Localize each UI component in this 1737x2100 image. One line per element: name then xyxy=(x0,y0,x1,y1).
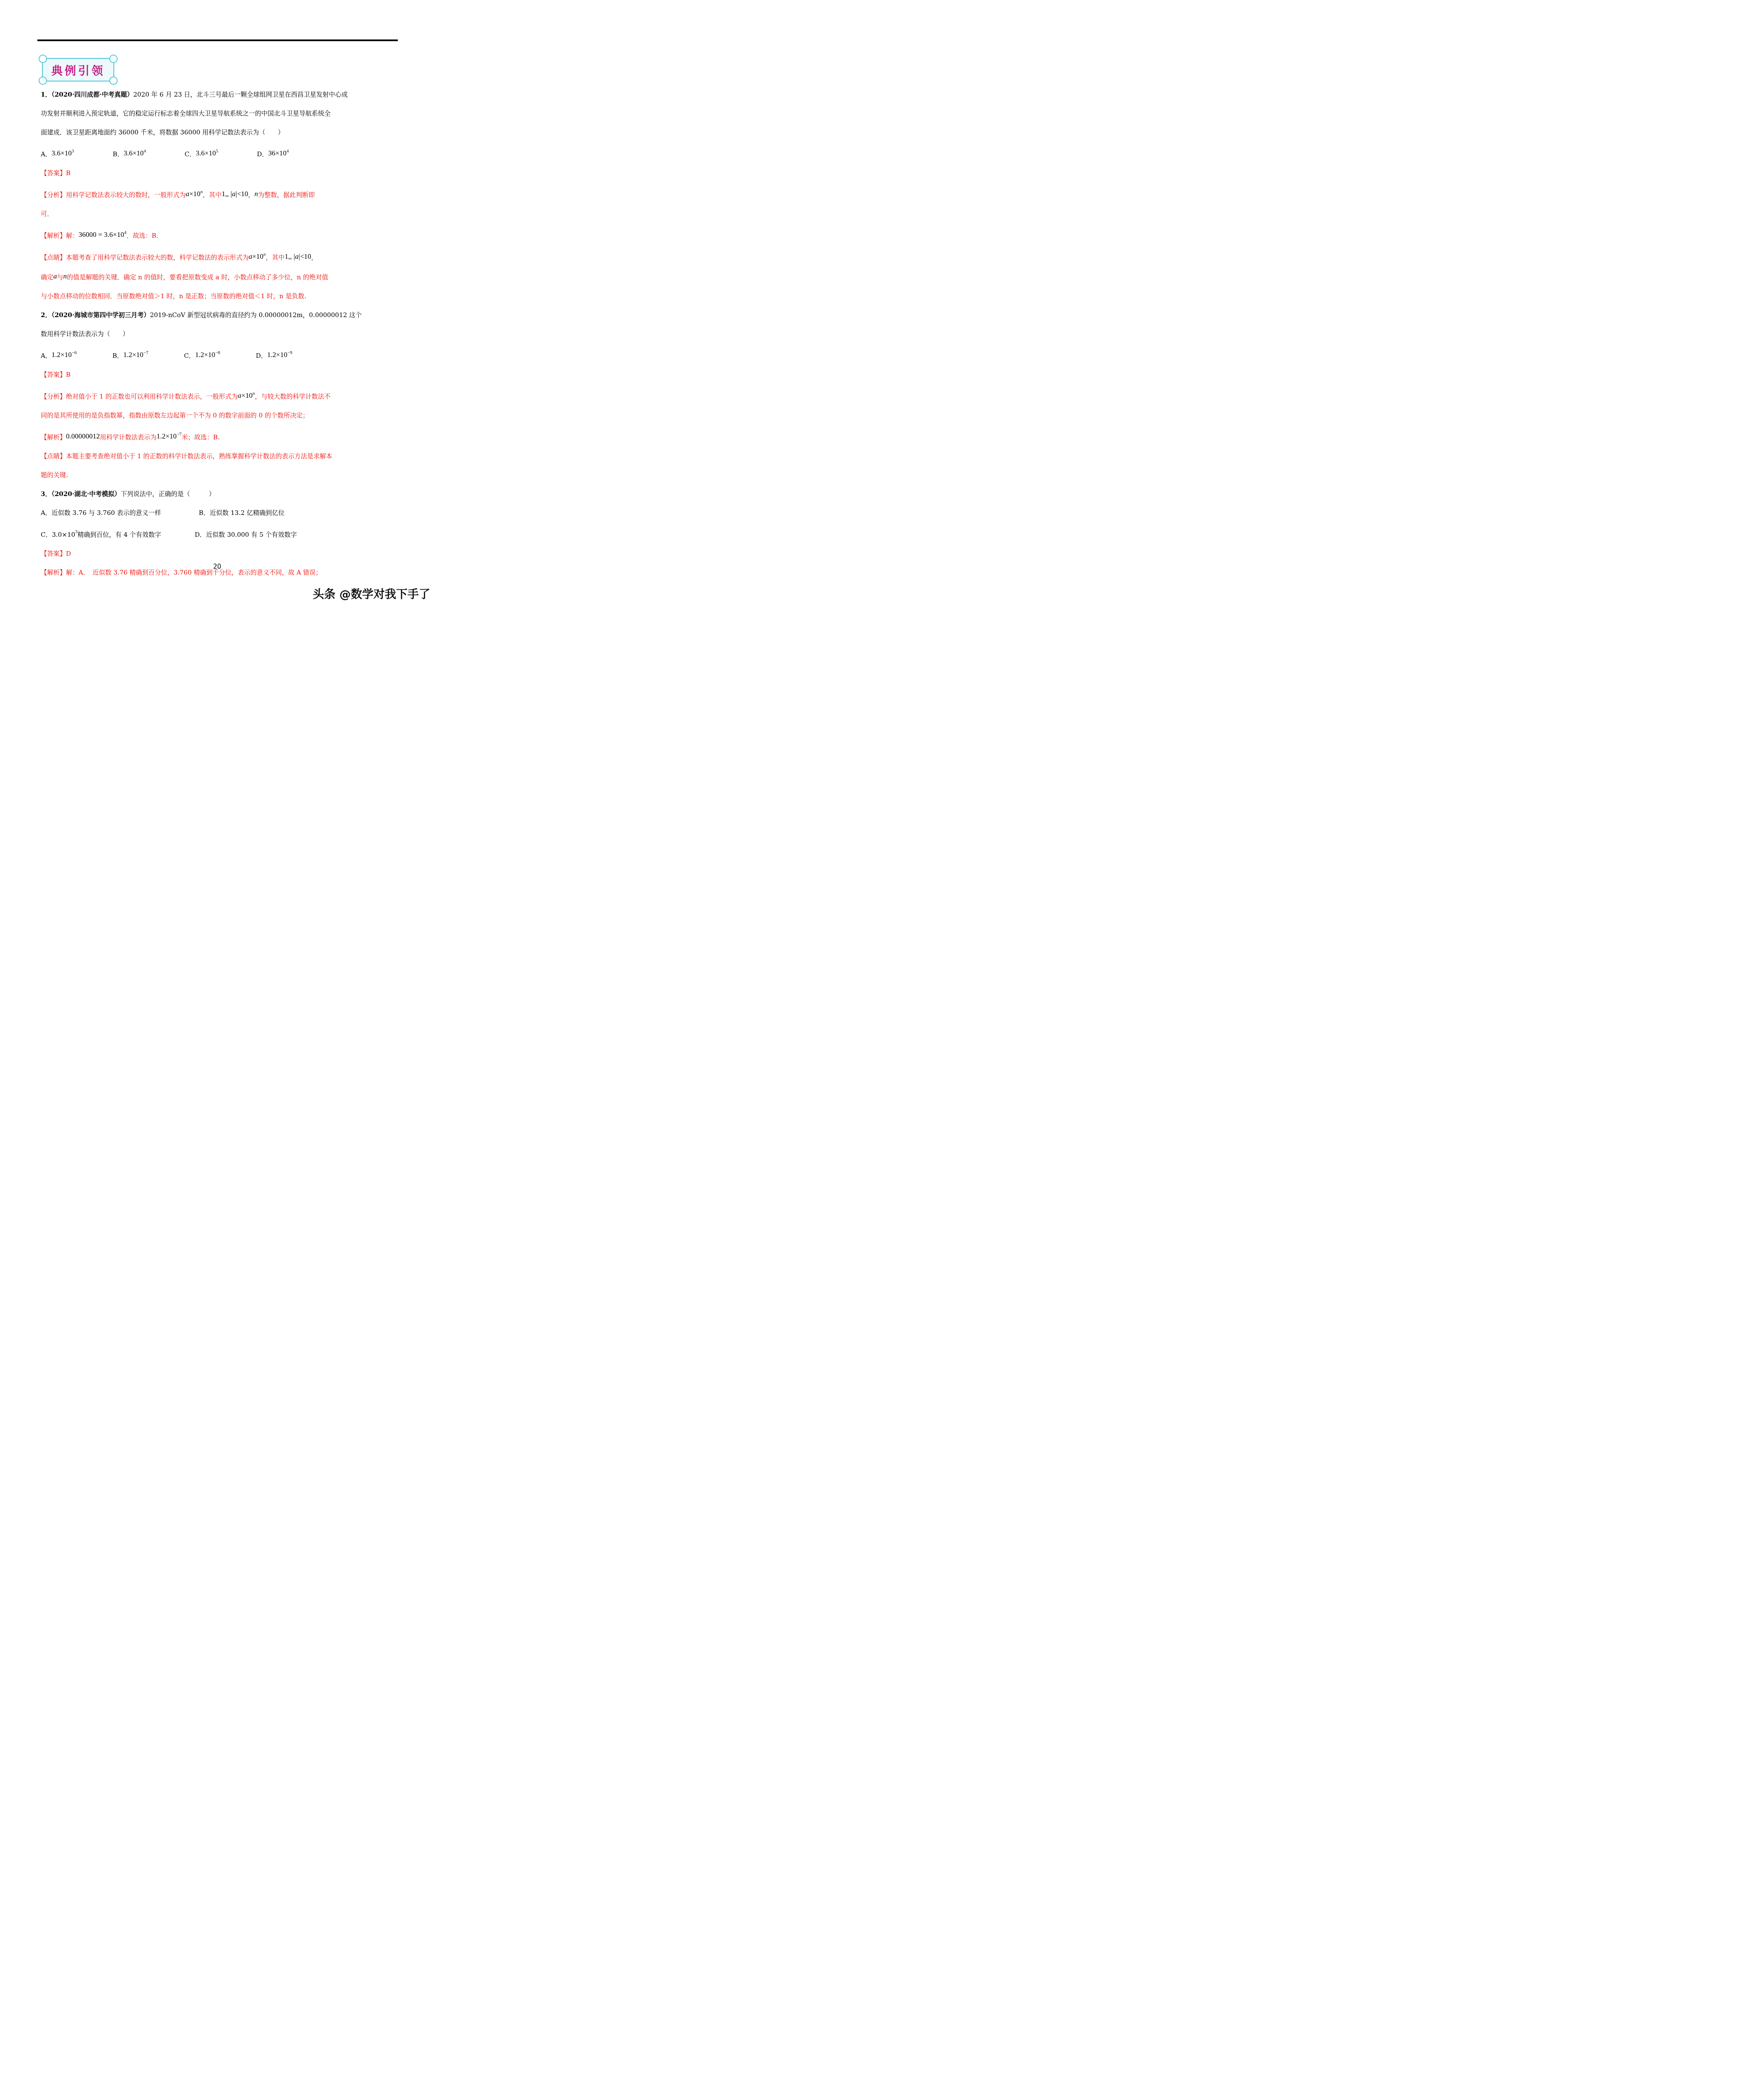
text-segment: A．近似数 3.76 与 3.760 表示的意义一样 xyxy=(41,509,161,517)
text-line-12: 2．（2020·海城市第四中学初三月考）2019-nCoV 新型冠状病毒的直径约… xyxy=(41,310,402,320)
text-segment: a xyxy=(232,190,236,198)
text-segment: C． xyxy=(185,150,196,158)
text-segment: 2．（2020·海城市第四中学初三月考） xyxy=(41,311,150,319)
text-segment: 4 xyxy=(144,149,146,154)
text-line-18: 【解析】0.00000012用科学计数法表示为1.2×10−7米；故选：B. xyxy=(41,430,402,442)
text-segment: C． xyxy=(184,352,195,360)
text-line-1: 1．（2020·四川成都·中考真题）2020 年 6 月 23 日，北斗三号最后… xyxy=(41,90,402,99)
text-segment: 题的关键. xyxy=(41,471,68,479)
text-segment: 1.2×10 xyxy=(195,351,215,359)
text-segment: |<10 xyxy=(236,190,248,198)
text-segment: ．故选：B. xyxy=(126,232,158,239)
text-segment: 1.2×10 xyxy=(267,351,287,359)
text-segment: 3.6×10 xyxy=(196,149,216,157)
text-segment: C．3.0×10 xyxy=(41,531,75,538)
text-line-2: 功发射并顺利进入预定轨道，它的稳定运行标志着全球四大卫星导航系统之一的中国北斗卫… xyxy=(41,109,402,118)
text-segment: 为整数，据此判断即 xyxy=(258,191,315,199)
text-line-13: 数用科学计数法表示为（ ） xyxy=(41,329,402,339)
text-line-23: C．3.0×103精确到百位，有 4 个有效数字D．近似数 30.000 有 5… xyxy=(41,527,402,539)
text-segment: ， xyxy=(248,191,255,199)
text-line-11: 与小数点移动的位数相同．当原数绝对值＞1 时，n 是正数；当原数的绝对值＜1 时… xyxy=(41,291,402,301)
text-segment: 【解析】解： xyxy=(41,232,79,239)
text-segment: a xyxy=(53,272,57,280)
text-line-19: 【点睛】本题主要考查绝对值小于 1 的正数的科学计数法表示，熟练掌握科学计数法的… xyxy=(41,451,402,461)
text-segment: ，其中 xyxy=(266,254,285,261)
text-line-17: 同的是其所使用的是负指数幂，指数由原数左边起第一个不为 0 的数字前面的 0 的… xyxy=(41,411,402,420)
text-segment: −7 xyxy=(143,350,148,355)
text-segment: B．近似数 13.2 亿精确到亿位 xyxy=(199,509,284,517)
text-line-10: 确定a与n的值是解题的关键．确定 n 的值时，要看把原数变成 a 时，小数点移动… xyxy=(41,272,402,282)
text-segment: 【答案】B xyxy=(41,169,71,177)
document-body: 1．（2020·四川成都·中考真题）2020 年 6 月 23 日，北斗三号最后… xyxy=(41,90,402,587)
text-segment: 36×10 xyxy=(268,149,286,157)
text-segment: a xyxy=(238,391,242,399)
text-segment: 1.2×10 xyxy=(157,432,177,440)
text-segment: 下列说法中，正确的是（ ） xyxy=(121,490,215,498)
text-segment: 3 xyxy=(72,149,74,154)
text-segment: 【点睛】本题考查了用科学记数法表示较大的数，科学记数法的表示形式为 xyxy=(41,254,249,261)
text-segment: ×10 xyxy=(189,190,201,198)
text-line-16: 【分析】绝对值小于 1 的正数也可以利用科学计数法表示，一般形式为a×10n，与… xyxy=(41,389,402,401)
text-line-4: A．3.6×103B．3.6×104C．3.6×105D．36×104 xyxy=(41,147,402,159)
text-line-22: A．近似数 3.76 与 3.760 表示的意义一样B．近似数 13.2 亿精确… xyxy=(41,508,402,517)
text-segment: D． xyxy=(257,150,268,158)
text-segment: 米；故选：B. xyxy=(181,433,220,441)
badge-corner-notch xyxy=(39,76,47,85)
text-line-3: 面建成．该卫星距离地面约 36000 千米，将数据 36000 用科学记数法表示… xyxy=(41,128,402,137)
text-segment: 4 xyxy=(286,149,289,154)
text-segment: 1.2×10 xyxy=(52,351,72,359)
text-segment: a xyxy=(186,190,189,198)
text-segment: B． xyxy=(112,352,123,360)
text-segment: 的值是解题的关键．确定 n 的值时，要看把原数变成 a 时，小数点移动了多少位，… xyxy=(67,273,328,281)
text-line-7: 可． xyxy=(41,209,402,218)
text-segment: 与小数点移动的位数相同．当原数绝对值＞1 时，n 是正数；当原数的绝对值＜1 时… xyxy=(41,292,306,300)
text-segment: −8 xyxy=(215,350,220,355)
text-segment: 5 xyxy=(216,149,218,154)
text-line-8: 【解析】解：36000 = 3.6×104．故选：B. xyxy=(41,228,402,240)
text-segment: ， xyxy=(311,254,318,261)
text-segment: 【答案】D xyxy=(41,550,71,557)
text-segment: |<10 xyxy=(299,252,311,260)
text-segment: 2020 年 6 月 23 日，北斗三号最后一颗全球组网卫星在西昌卫星发射中心成 xyxy=(133,91,348,98)
text-segment: 1．（2020·四川成都·中考真题） xyxy=(41,91,133,98)
text-segment: 功发射并顺利进入预定轨道，它的稳定运行标志着全球四大卫星导航系统之一的中国北斗卫… xyxy=(41,110,331,117)
document-page: 典例引领 1．（2020·四川成都·中考真题）2020 年 6 月 23 日，北… xyxy=(0,0,434,614)
text-segment: 2019-nCoV 新型冠状病毒的直径约为 0.00000012m，0.0000… xyxy=(150,311,362,319)
badge-corner-notch xyxy=(109,76,118,85)
text-segment: 精确到百位，有 4 个有效数字 xyxy=(78,531,161,538)
text-segment: A． xyxy=(41,352,52,360)
text-segment: 【解析】 xyxy=(41,433,66,441)
text-segment: 确定 xyxy=(41,273,53,281)
example-badge: 典例引领 xyxy=(42,58,114,81)
text-segment: 0.00000012 xyxy=(66,432,100,440)
badge-corner-notch xyxy=(39,55,47,63)
text-segment: 用科学计数法表示为 xyxy=(100,433,157,441)
badge-corner-notch xyxy=(109,55,118,63)
text-line-5: 【答案】B xyxy=(41,168,402,178)
text-line-6: 【分析】用科学记数法表示较大的数时，一般形式为a×10n，其中1,, |a|<1… xyxy=(41,187,402,199)
text-segment: 3.6×10 xyxy=(124,149,144,157)
text-segment: a xyxy=(295,252,299,260)
text-segment: 面建成．该卫星距离地面约 36000 千米，将数据 36000 用科学记数法表示… xyxy=(41,129,284,136)
page-number: 20 xyxy=(0,563,434,570)
text-line-9: 【点睛】本题考查了用科学记数法表示较大的数，科学记数法的表示形式为a×10n，其… xyxy=(41,250,402,262)
text-segment: ×10 xyxy=(252,252,264,260)
text-segment: −6 xyxy=(72,350,77,355)
text-segment: B． xyxy=(113,150,124,158)
text-segment: 可． xyxy=(41,210,53,218)
text-segment: ×10 xyxy=(242,391,253,399)
text-segment: n xyxy=(63,272,67,280)
text-segment: −9 xyxy=(287,350,292,355)
text-segment: 与 xyxy=(57,273,63,281)
text-segment: 1,, | xyxy=(285,252,295,260)
text-segment: 1.2×10 xyxy=(123,351,143,359)
top-rule xyxy=(37,39,398,41)
text-segment: D． xyxy=(256,352,267,360)
text-segment: ，与较大数的科学计数法不 xyxy=(255,393,331,400)
text-segment: A． xyxy=(41,150,52,158)
watermark: 头条 @数学对我下手了 xyxy=(313,585,430,601)
text-segment: 【答案】B xyxy=(41,371,71,378)
text-segment: ，其中 xyxy=(203,191,222,199)
badge-label: 典例引领 xyxy=(51,62,105,78)
text-segment: 【分析】绝对值小于 1 的正数也可以利用科学计数法表示，一般形式为 xyxy=(41,393,238,400)
text-segment: 【点睛】本题主要考查绝对值小于 1 的正数的科学计数法表示，熟练掌握科学计数法的… xyxy=(41,452,332,460)
text-segment: 同的是其所使用的是负指数幂，指数由原数左边起第一个不为 0 的数字前面的 0 的… xyxy=(41,412,309,419)
text-line-20: 题的关键. xyxy=(41,470,402,480)
text-segment: 3．（2020·湖北·中考模拟） xyxy=(41,490,121,498)
text-segment: 1,, | xyxy=(222,190,232,198)
text-segment: −7 xyxy=(177,432,182,437)
text-segment: 数用科学计数法表示为（ ） xyxy=(41,330,129,338)
text-line-15: 【答案】B xyxy=(41,370,402,379)
text-segment: 3.6×10 xyxy=(52,149,72,157)
text-segment: D．近似数 30.000 有 5 个有效数字 xyxy=(195,531,297,538)
text-line-24: 【答案】D xyxy=(41,549,402,558)
text-line-14: A．1.2×10−6B．1.2×10−7C．1.2×10−8D．1.2×10−9 xyxy=(41,348,402,360)
text-segment: a xyxy=(249,252,252,260)
text-segment: 【分析】用科学记数法表示较大的数时，一般形式为 xyxy=(41,191,186,199)
text-line-21: 3．（2020·湖北·中考模拟）下列说法中，正确的是（ ） xyxy=(41,489,402,499)
text-segment: 36000 = 3.6×10 xyxy=(79,231,124,239)
